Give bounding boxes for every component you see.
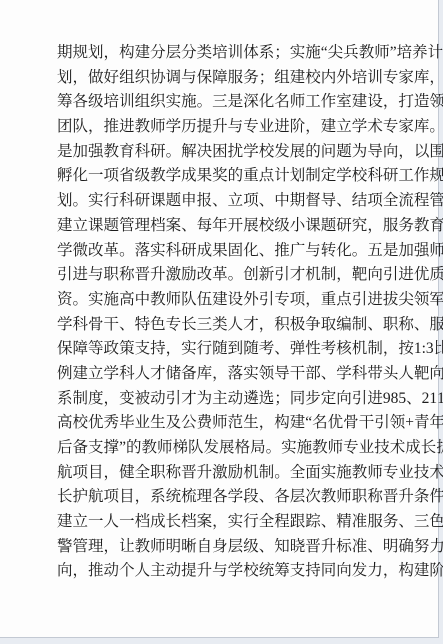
text-line: 资。实施高中教师队伍建设外引专项，重点引进拔尖领军、 — [57, 288, 391, 313]
text-line: 保障等政策支持，实行随到随考、弹性考核机制，按 1:3 比 — [57, 337, 391, 362]
document-viewer: 期规划，构建分层分类培训体系；实施“尖兵教师”培养计划，做好组织协调与保障服务；… — [0, 0, 443, 644]
text-line: 孵化一项省级教学成果奖的重点计划制定学校科研工作规 — [57, 164, 391, 189]
text-line: 高校优秀毕业生及公费师范生，构建“名优骨干引领+青年 — [57, 411, 391, 436]
text-line: 划，做好组织协调与保障服务；组建校内外培训专家库，统 — [57, 66, 391, 91]
text-line: 学微改革。落实科研成果固化、推广与转化。五是加强师资 — [57, 239, 391, 264]
text-line: 例建立学科人才储备库，落实领导干部、学科带头人靶向联 — [57, 362, 391, 387]
document-text: 期规划，构建分层分类培训体系；实施“尖兵教师”培养计划，做好组织协调与保障服务；… — [57, 41, 391, 584]
text-line: 航项目，健全职称晋升激励机制。全面实施教师专业技术成 — [57, 461, 391, 486]
text-line: 长护航项目，系统梳理各学段、各层次教师职称晋升条件， — [57, 485, 391, 510]
text-line: 向，推动个人主动提升与学校统筹支持同向发力，构建阶梯 — [57, 559, 391, 584]
text-line: 期规划，构建分层分类培训体系；实施“尖兵教师”培养计 — [57, 41, 391, 66]
text-line: 引进与职称晋升激励改革。创新引才机制，靶向引进优质师 — [57, 263, 391, 288]
text-line: 团队，推进教师学历提升与专业进阶，建立学术专家库。四 — [57, 115, 391, 140]
text-line: 是加强教育科研。解决困扰学校发展的问题为导向，以围绕 — [57, 140, 391, 165]
document-page: 期规划，构建分层分类培训体系；实施“尖兵教师”培养计划，做好组织协调与保障服务；… — [0, 0, 439, 638]
text-line: 划。实行科研课题申报、立项、中期督导、结项全流程管理、 — [57, 189, 391, 214]
text-line: 建立课题管理档案、每年开展校级小课题研究，服务教育教 — [57, 214, 391, 239]
text-line: 学科骨干、特色专长三类人才，积极争取编制、职称、服务 — [57, 313, 391, 338]
text-line: 建立一人一档成长档案，实行全程跟踪、精准服务、三色预 — [57, 510, 391, 535]
text-line: 后备支撑”的教师梯队发展格局。实施教师专业技术成长护 — [57, 436, 391, 461]
text-line: 警管理，让教师明晰自身层级、知晓晋升标准、明确努力方 — [57, 535, 391, 560]
text-line: 系制度，变被动引才为主动遴选；同步定向引进 985、211 — [57, 387, 391, 412]
text-line: 筹各级培训组织实施。三是深化名师工作室建设，打造领军 — [57, 90, 391, 115]
